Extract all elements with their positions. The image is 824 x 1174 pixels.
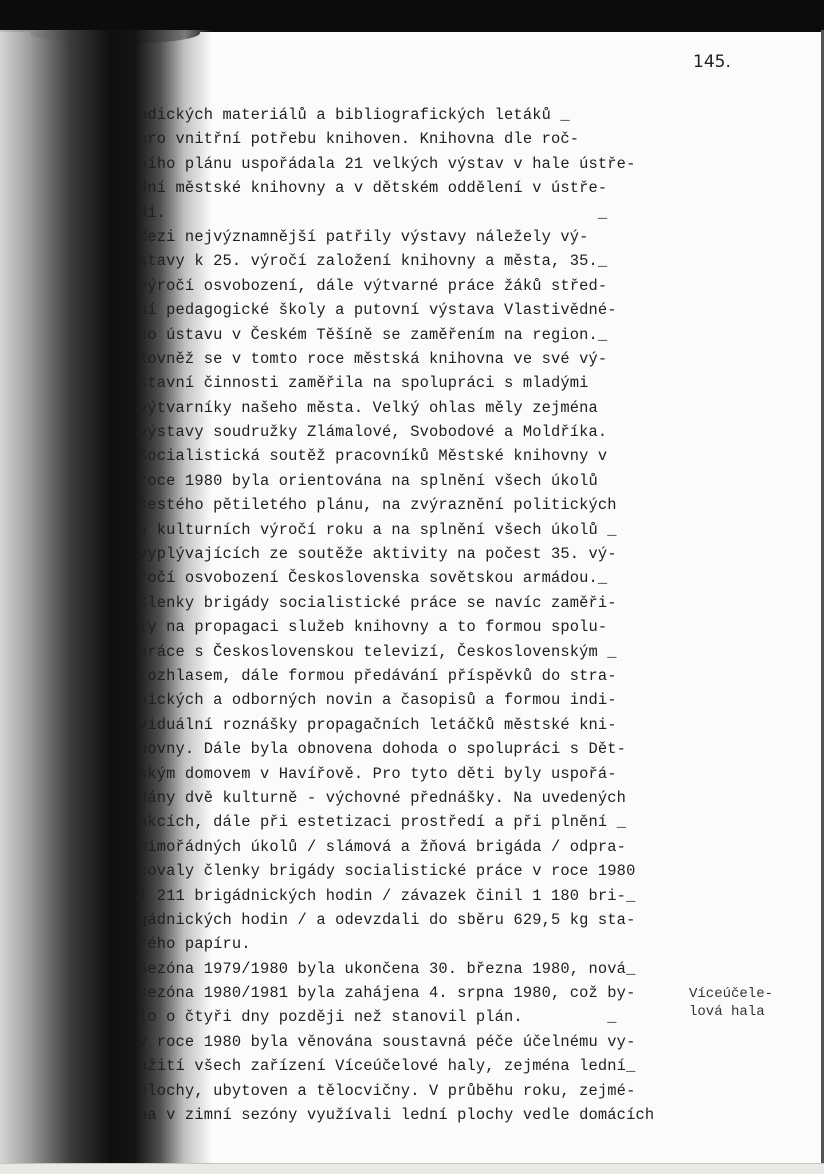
text-line: nických a odborných novin a časopisů a f… [138,688,678,712]
text-line: stavní činnosti zaměřila na spolupráci s… [138,371,678,395]
margin-note-line: Víceúčele- [689,985,773,1003]
text-line: a kulturních výročí roku a na splnění vš… [138,518,678,542]
text-line: šestého pětiletého plánu, na zvýraznění … [138,493,678,517]
page-number: 145. [693,52,731,72]
text-line: ního plánu uspořádala 21 velkých výstav … [138,152,678,176]
text-line: Mezi nejvýznamnější patřily výstavy nále… [138,225,678,249]
text-line: dí. _ [138,201,678,225]
text-line: 1 211 brigádnických hodin / závazek čini… [138,884,678,908]
text-line: na v zimní sezóny využívali lední plochy… [138,1103,678,1127]
text-line: rého papíru. [138,932,678,956]
text-line: výročí osvobození, dále výtvarné práce ž… [138,274,678,298]
text-line: ským domovem v Havířově. Pro tyto děti b… [138,762,678,786]
text-line: stavy k 25. výročí založení knihovny a m… [138,249,678,273]
text-line: ly na propagaci služeb knihovny a to for… [138,615,678,639]
text-line: Socialistická soutěž pracovníků Městské … [138,444,678,468]
text-line: ročí osvobození Československa sovětskou… [138,566,678,590]
text-line: ní pedagogické školy a putovní výstava V… [138,298,678,322]
text-line: práce s Československou televizí, Českos… [138,640,678,664]
text-line: užití všech zařízení Víceúčelové haly, z… [138,1054,678,1078]
text-line: plochy, ubytoven a tělocvičny. V průběhu… [138,1079,678,1103]
text-line: lo o čtyři dny později než stanovil plán… [138,1005,678,1029]
text-line: ho ústavu v Českém Těšíně se zaměřením n… [138,323,678,347]
text-line: sezóna 1980/1981 byla zahájena 4. srpna … [138,981,678,1005]
text-line: dní městské knihovny a v dětském oddělen… [138,176,678,200]
page-bottom-edge [0,1163,824,1174]
text-line: mimořádných úkolů / slámová a žňová brig… [138,835,678,859]
typewritten-body: odických materiálů a bibliografických le… [138,103,678,1127]
text-line: gádnických hodin / a odevzdali do sběru … [138,908,678,932]
text-line: Členky brigády socialistické práce se na… [138,591,678,615]
text-line: odických materiálů a bibliografických le… [138,103,678,127]
text-line: pro vnitřní potřebu knihoven. Knihovna d… [138,127,678,151]
text-line: roce 1980 byla orientována na splnění vš… [138,469,678,493]
text-line: dány dvě kulturně - výchovné přednášky. … [138,786,678,810]
text-line: V roce 1980 byla věnována soustavná péče… [138,1030,678,1054]
text-line: rozhlasem, dále formou předávání příspěv… [138,664,678,688]
text-line: akcích, dále při estetizaci prostředí a … [138,810,678,834]
text-line: Sezóna 1979/1980 byla ukončena 30. březn… [138,957,678,981]
text-line: výtvarníky našeho města. Velký ohlas měl… [138,396,678,420]
margin-note-line: lová hala [689,1003,773,1021]
text-line: vyplývajících ze soutěže aktivity na poč… [138,542,678,566]
text-line: viduální roznášky propagačních letáčků m… [138,713,678,737]
text-line: hovny. Dále byla obnovena dohoda o spolu… [138,737,678,761]
text-line: covaly členky brigády socialistické prác… [138,859,678,883]
text-line: výstavy soudružky Zlámalové, Svobodové a… [138,420,678,444]
margin-note: Víceúčele-lová hala [689,985,773,1021]
text-line: Rovněž se v tomto roce městská knihovna … [138,347,678,371]
